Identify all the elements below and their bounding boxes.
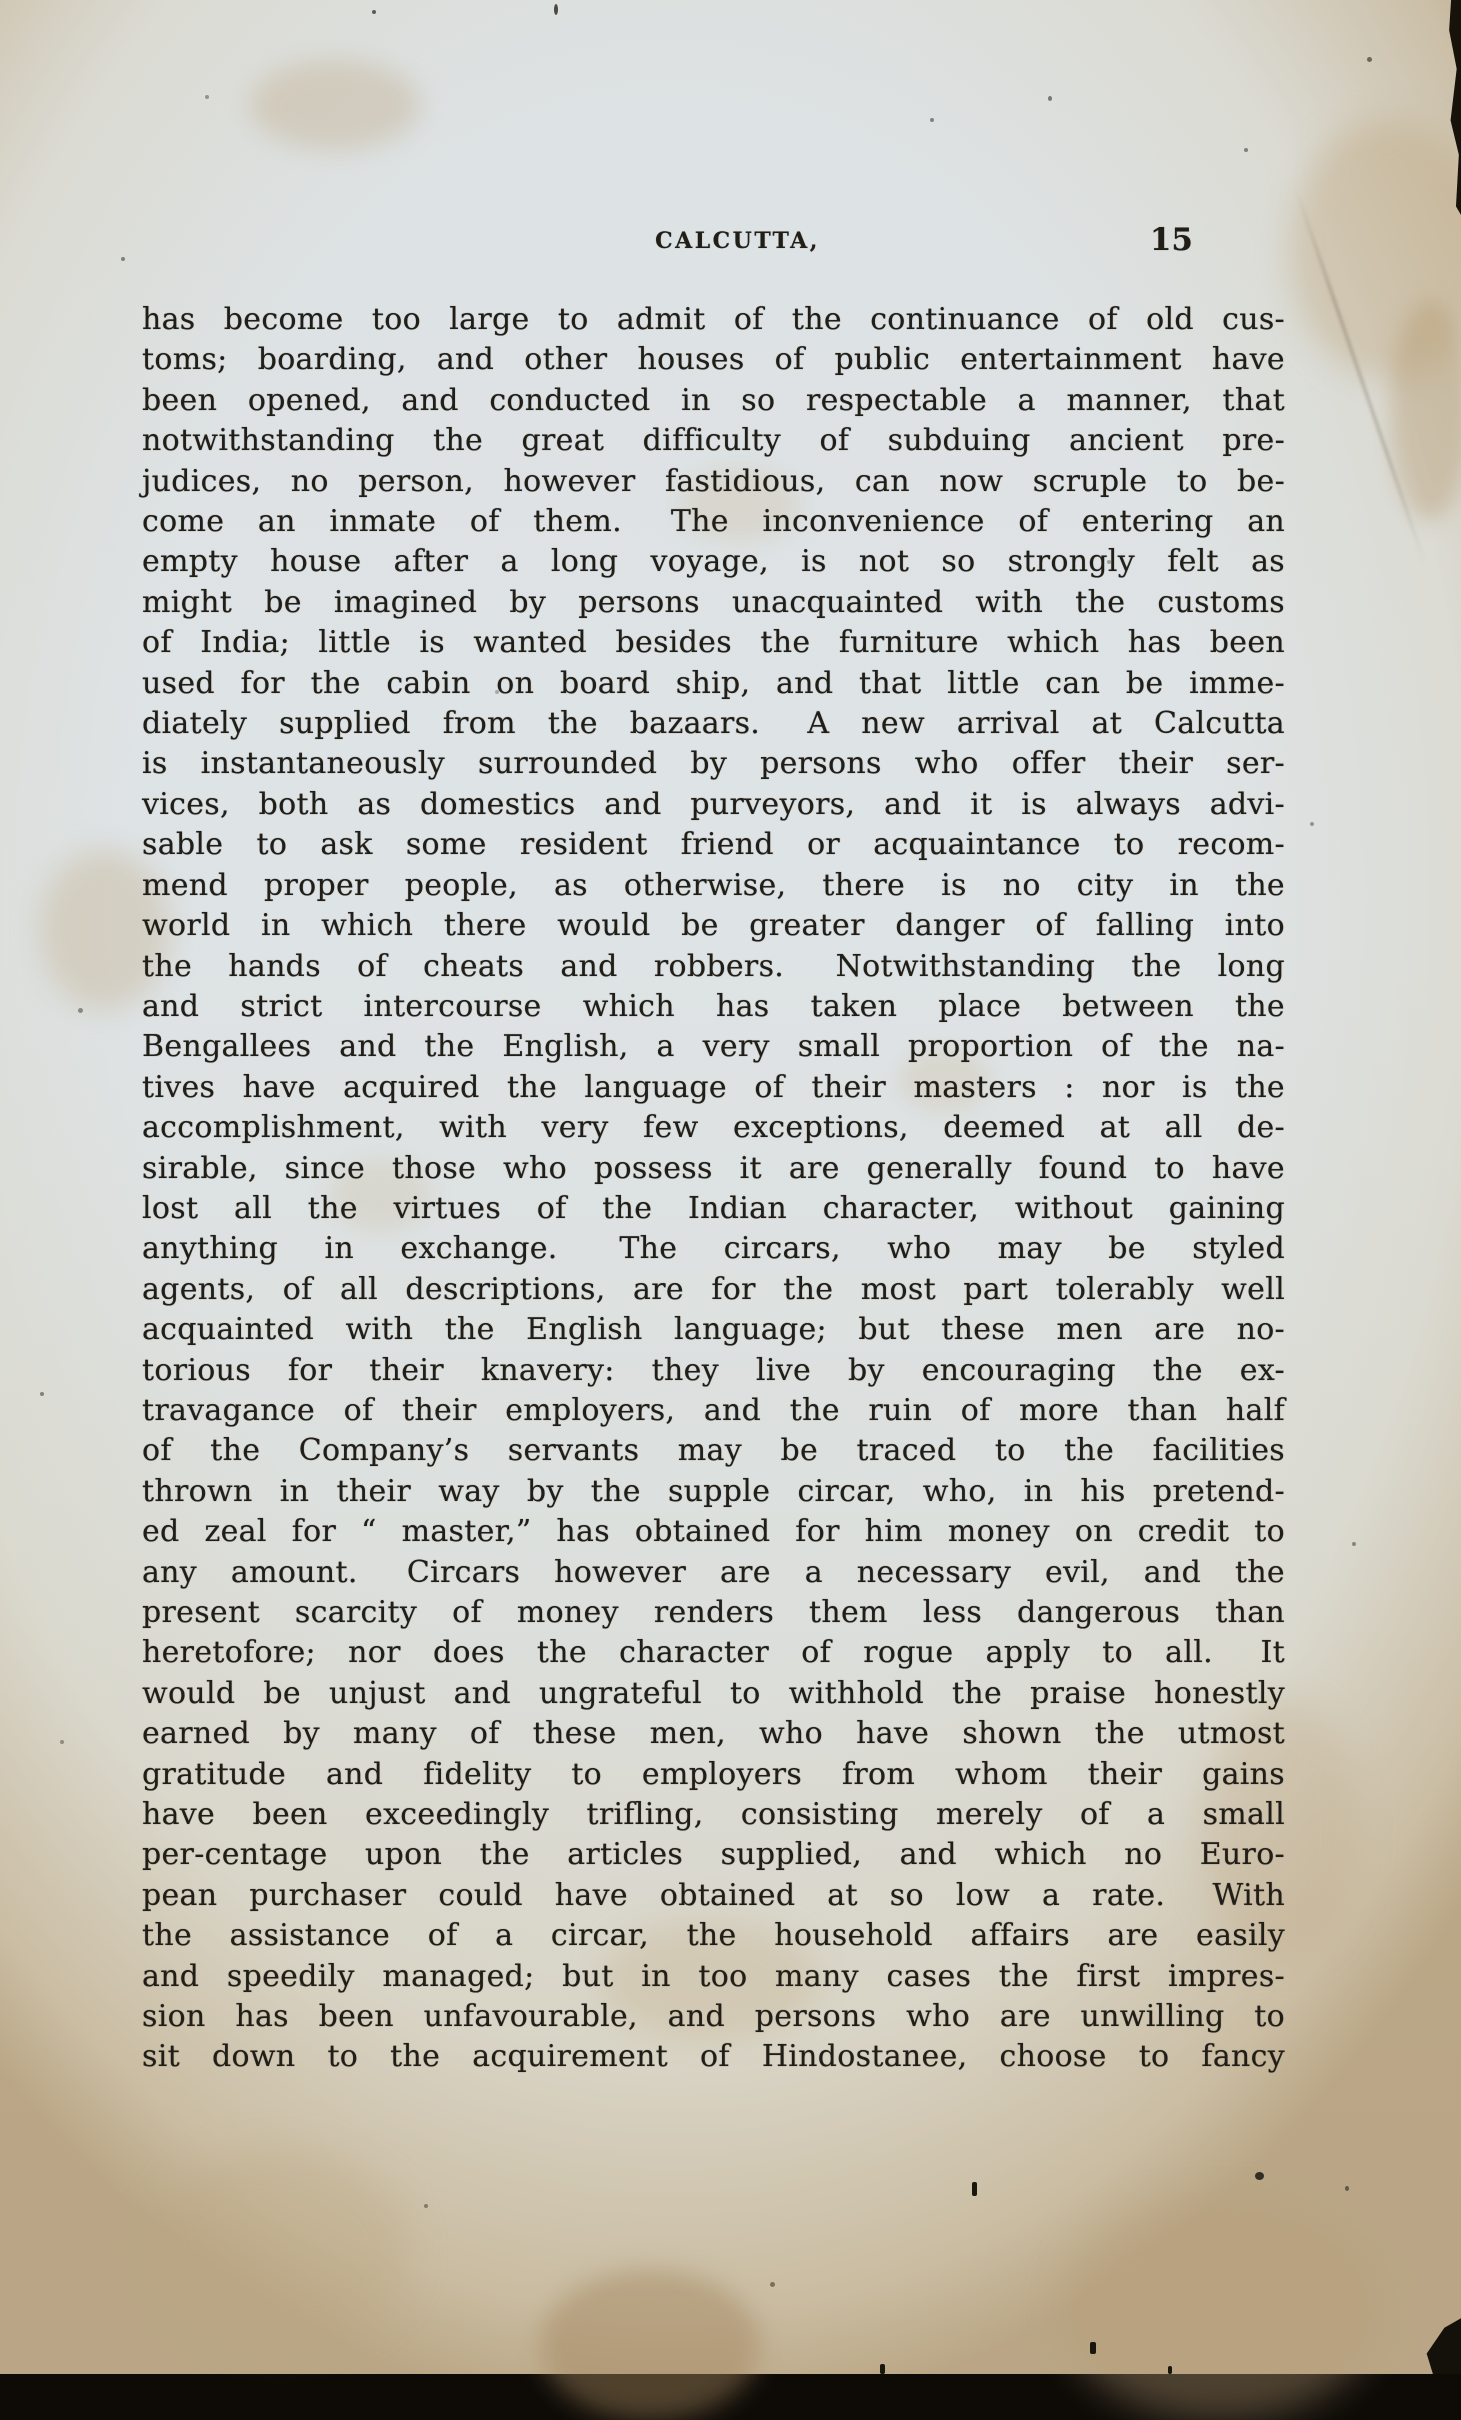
paper-speck — [1345, 2186, 1349, 2191]
text-block: has become too large to admit of the con… — [142, 300, 1285, 2078]
text-line: Bengallees and the English, a very small… — [142, 1027, 1285, 1067]
text-line: present scarcity of money renders them l… — [142, 1593, 1285, 1633]
text-line: might be imagined by persons unacquainte… — [142, 583, 1285, 623]
text-line: per-centage upon the articles supplied, … — [142, 1835, 1285, 1875]
text-line: mend proper people, as otherwise, there … — [142, 866, 1285, 906]
text-line: of the Company’s servants may be traced … — [142, 1431, 1285, 1471]
paper-speck — [60, 1740, 64, 1744]
page-number: 15 — [1150, 222, 1193, 258]
text-line: and speedily managed; but in too many ca… — [142, 1957, 1285, 1997]
paper-speck — [205, 95, 209, 99]
text-line: heretofore; nor does the character of ro… — [142, 1633, 1285, 1673]
text-line: acquainted with the English language; bu… — [142, 1310, 1285, 1350]
foxing-stain — [150, 2150, 410, 2350]
text-line: of India; little is wanted besides the f… — [142, 623, 1285, 663]
text-line: the assistance of a circar, the househol… — [142, 1916, 1285, 1956]
text-line: is instantaneously surrounded by persons… — [142, 744, 1285, 784]
paper-speck — [1255, 2172, 1264, 2180]
edge-tear-mark — [1090, 2342, 1096, 2354]
paper-crease — [1294, 186, 1427, 565]
text-line: any amount. Circars however are a necess… — [142, 1553, 1285, 1593]
text-line: judices, no person, however fastidious, … — [142, 462, 1285, 502]
text-line: diately supplied from the bazaars. A new… — [142, 704, 1285, 744]
paper-speck — [554, 4, 558, 15]
paper-speck — [424, 2204, 428, 2208]
text-line: would be unjust and ungrateful to withho… — [142, 1674, 1285, 1714]
text-line: and strict intercourse which has taken p… — [142, 987, 1285, 1027]
paper-speck — [930, 118, 934, 122]
text-line: sit down to the acquirement of Hindostan… — [142, 2037, 1285, 2077]
paper-speck — [1048, 96, 1052, 101]
text-line: come an inmate of them. The inconvenienc… — [142, 502, 1285, 542]
edge-tear-mark — [880, 2364, 885, 2374]
text-line: agents, of all descriptions, are for the… — [142, 1270, 1285, 1310]
paper-speck — [1244, 148, 1248, 152]
text-line: been opened, and conducted in so respect… — [142, 381, 1285, 421]
running-head: CALCUTTA, 15 — [142, 228, 1285, 272]
text-line: has become too large to admit of the con… — [142, 300, 1285, 340]
text-line: lost all the virtues of the Indian chara… — [142, 1189, 1285, 1229]
text-line: tives have acquired the language of thei… — [142, 1068, 1285, 1108]
text-line: have been exceedingly trifling, consisti… — [142, 1795, 1285, 1835]
text-line: sable to ask some resident friend or acq… — [142, 825, 1285, 865]
text-line: thrown in their way by the supple circar… — [142, 1472, 1285, 1512]
paper-speck — [1310, 822, 1314, 826]
text-line: torious for their knavery: they live by … — [142, 1351, 1285, 1391]
text-line: anything in exchange. The circars, who m… — [142, 1229, 1285, 1269]
torn-edge-bottom-right — [1409, 2306, 1461, 2374]
text-line: travagance of their employers, and the r… — [142, 1391, 1285, 1431]
paper-speck — [40, 1392, 44, 1396]
text-line: world in which there would be greater da… — [142, 906, 1285, 946]
book-page: CALCUTTA, 15 has become too large to adm… — [0, 0, 1461, 2374]
paper-speck — [121, 257, 125, 261]
running-head-title: CALCUTTA, — [142, 228, 1285, 254]
text-line: empty house after a long voyage, is not … — [142, 542, 1285, 582]
text-line: accomplishment, with very few exceptions… — [142, 1108, 1285, 1148]
paper-speck — [78, 1008, 83, 1013]
foxing-stain — [250, 60, 420, 150]
text-line: gratitude and fidelity to employers from… — [142, 1755, 1285, 1795]
text-line: vices, both as domestics and purveyors, … — [142, 785, 1285, 825]
edge-tear-mark — [972, 2182, 977, 2196]
edge-tear-mark — [1168, 2366, 1172, 2374]
text-line: sirable, since those who possess it are … — [142, 1149, 1285, 1189]
text-line: the hands of cheats and robbers. Notwith… — [142, 947, 1285, 987]
text-line: used for the cabin on board ship, and th… — [142, 664, 1285, 704]
paper-speck — [1352, 1542, 1356, 1546]
text-line: toms; boarding, and other houses of publ… — [142, 340, 1285, 380]
paper-speck — [372, 10, 376, 14]
text-line: notwithstanding the great difficulty of … — [142, 421, 1285, 461]
text-line: ed zeal for “ master,” has obtained for … — [142, 1512, 1285, 1552]
foxing-stain — [540, 2270, 760, 2374]
text-line: sion has been unfavourable, and persons … — [142, 1997, 1285, 2037]
text-line: pean purchaser could have obtained at so… — [142, 1876, 1285, 1916]
torn-edge-top-right — [1443, 0, 1461, 215]
paper-speck — [1367, 57, 1372, 62]
foxing-stain — [1390, 300, 1461, 520]
paper-speck — [770, 2282, 775, 2287]
foxing-stain — [1060, 2200, 1380, 2374]
foxing-stain — [1290, 120, 1461, 380]
text-line: earned by many of these men, who have sh… — [142, 1714, 1285, 1754]
